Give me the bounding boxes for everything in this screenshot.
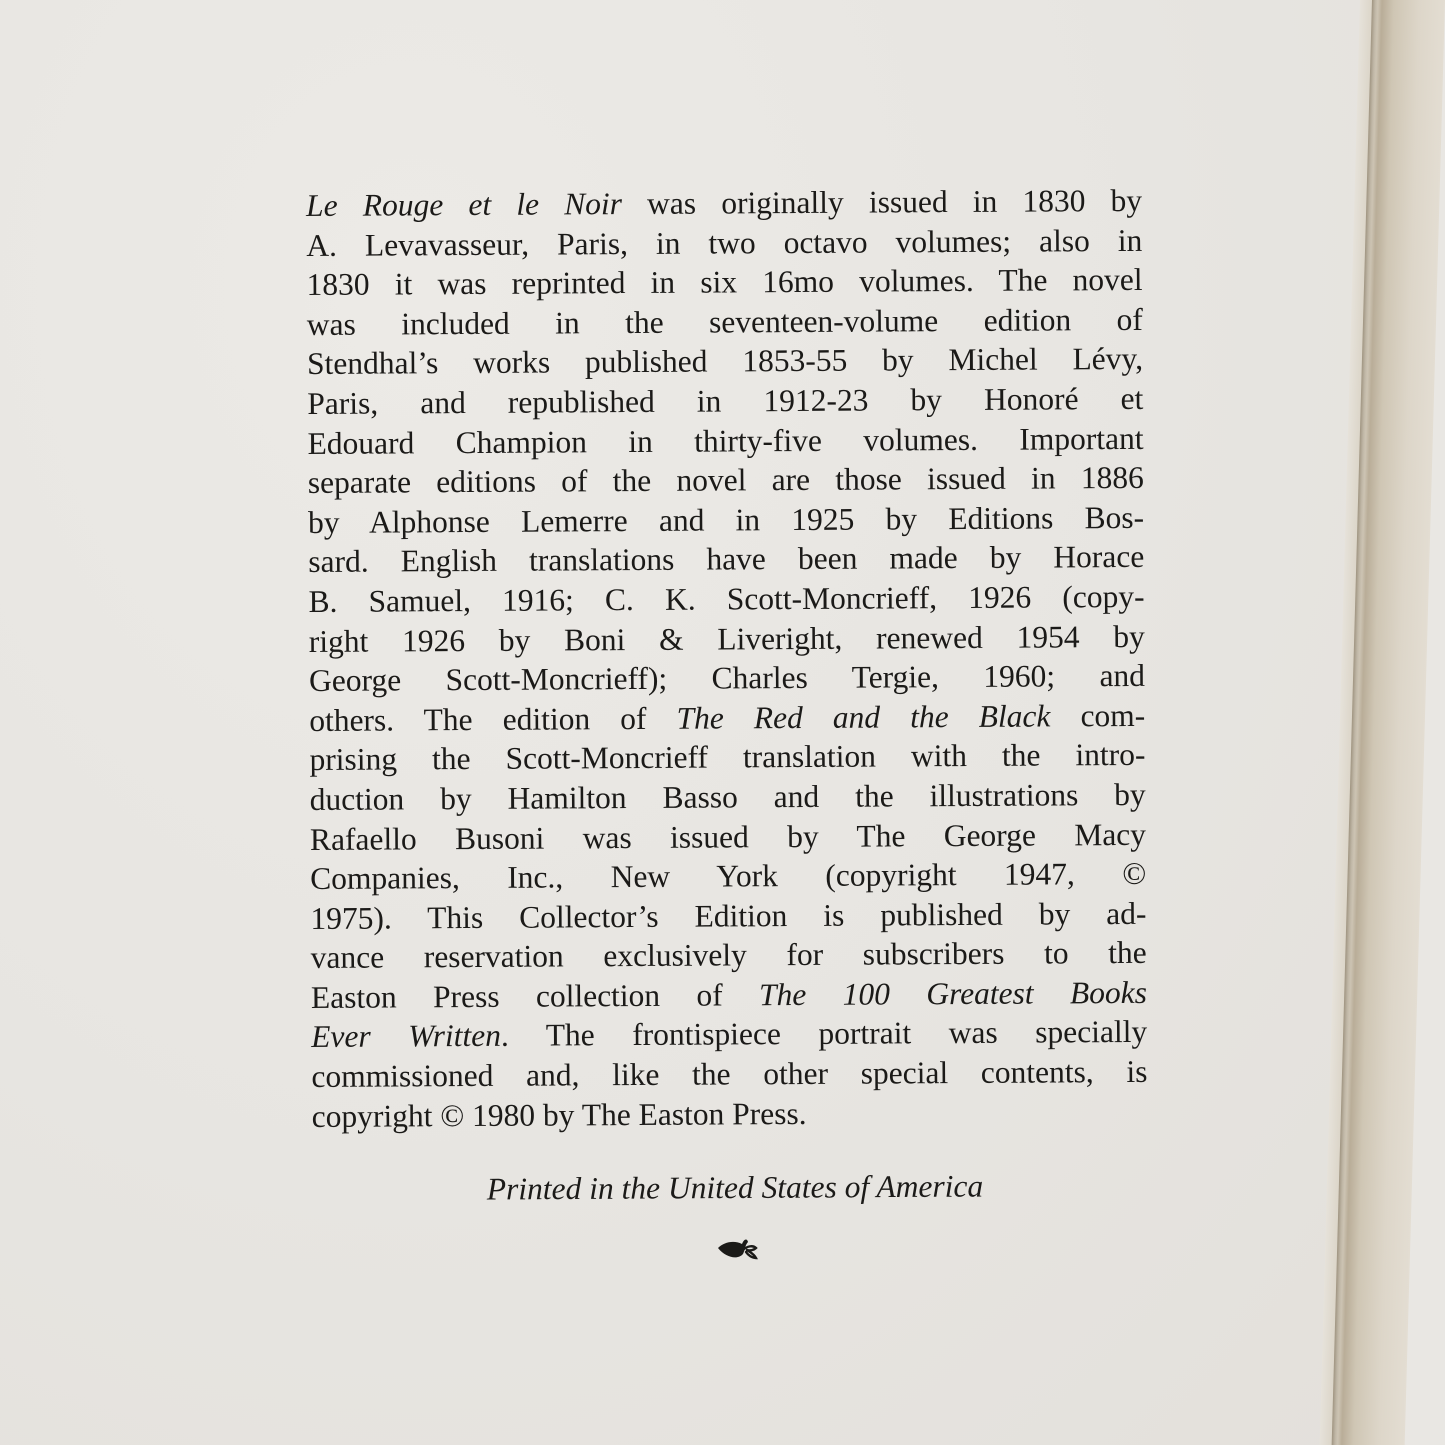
colophon-line: separate editions of the novel are those…: [308, 458, 1144, 503]
printed-in-imprint: Printed in the United States of America: [440, 1168, 1030, 1208]
colophon-line: Rafaello Busoni was issued by The George…: [310, 814, 1146, 859]
colophon-line: commissioned and, like the other special…: [311, 1052, 1147, 1097]
colophon-line: was included in the seventeen-volume edi…: [307, 300, 1143, 345]
colophon-line: prising the Scott-Moncrieff translation …: [309, 735, 1145, 780]
italic-title: The 100 Greatest Books: [759, 975, 1147, 1012]
colophon-line: Ever Written. The frontispiece portrait …: [311, 1012, 1147, 1057]
colophon-line: Edouard Champion in thirty-five volumes.…: [307, 418, 1143, 463]
colophon-line: Paris, and republished in 1912-23 by Hon…: [307, 379, 1143, 424]
colophon-line: Companies, Inc., New York (copyright 194…: [310, 854, 1146, 899]
italic-title: Ever Written: [311, 1018, 501, 1054]
leaf-fleuron-icon: [716, 1236, 762, 1262]
colophon-line: A. Levavasseur, Paris, in two octavo vol…: [306, 220, 1142, 265]
colophon-line: sard. English translations have been mad…: [308, 537, 1144, 582]
italic-title: Le Rouge et le Noir: [306, 186, 622, 223]
colophon-line: duction by Hamilton Basso and the illust…: [310, 775, 1146, 820]
colophon-line: 1830 it was reprinted in six 16mo volume…: [306, 260, 1142, 305]
colophon-line: B. Samuel, 1916; C. K. Scott-Moncrieff, …: [308, 577, 1144, 622]
colophon-line: copyright © 1980 by The Easton Press.: [312, 1092, 1148, 1137]
colophon-line: Stendhal’s works published 1853-55 by Mi…: [307, 339, 1143, 384]
italic-title: The Red and the Black: [676, 698, 1050, 735]
colophon-line: Le Rouge et le Noir was originally issue…: [306, 181, 1142, 226]
colophon-paragraph: Le Rouge et le Noir was originally issue…: [306, 181, 1148, 1136]
colophon-line: 1975). This Collector’s Edition is publi…: [310, 894, 1146, 939]
colophon-line: others. The edition of The Red and the B…: [309, 696, 1145, 741]
colophon-line: by Alphonse Lemerre and in 1925 by Editi…: [308, 498, 1144, 543]
colophon-line: George Scott-Moncrieff); Charles Tergie,…: [309, 656, 1145, 701]
colophon-line: right 1926 by Boni & Liveright, renewed …: [309, 616, 1145, 661]
colophon-line: Easton Press collection of The 100 Great…: [311, 973, 1147, 1018]
colophon-line: vance reservation exclusively for subscr…: [311, 933, 1147, 978]
